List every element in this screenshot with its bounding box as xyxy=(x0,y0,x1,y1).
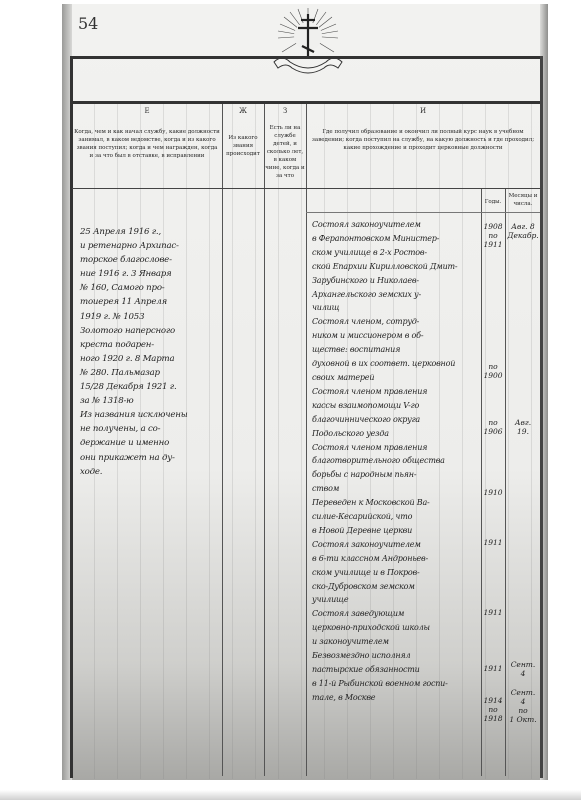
column-header-education: Где получил образование и окончил ли пол… xyxy=(310,128,536,152)
year-entry: 1914 по 1918 xyxy=(482,696,504,723)
column-divider xyxy=(264,104,265,776)
header-border-bottom xyxy=(72,101,542,104)
year-entry: 1911 xyxy=(482,608,504,617)
year-entry: 1908 по 1911 xyxy=(482,222,504,249)
subheader-row-divider xyxy=(306,212,540,213)
date-entry: Сент. 4 xyxy=(506,660,540,678)
column-letter-zh: Ж xyxy=(222,107,264,115)
header-border-top xyxy=(72,56,542,59)
column-header-origin: Из какого звания происходит xyxy=(224,134,262,158)
column-header-years: Годы. xyxy=(482,198,504,206)
page-number: 54 xyxy=(78,14,98,33)
scan-bottom-edge xyxy=(0,790,581,800)
date-entry: Авг. 8 Декабр. xyxy=(506,222,540,240)
date-entry: Сент. 4 по 1 Окт. xyxy=(506,688,540,724)
year-entry: 1911 xyxy=(482,664,504,673)
year-entry: по 1906 xyxy=(482,418,504,436)
year-entry: 1910 xyxy=(482,488,504,497)
table-border-left xyxy=(70,56,73,778)
column-e-handwritten-entry: 25 Апреля 1916 г., и ретенарно Архипас- … xyxy=(80,225,222,479)
column-header-children: Есть ли на службе детей, и сколько лет, … xyxy=(265,124,305,180)
column-letter-i: И xyxy=(306,107,540,115)
header-row-divider xyxy=(72,188,540,189)
column-header-dates: Месяцы и числа. xyxy=(506,192,540,208)
column-letter-z: З xyxy=(264,107,306,115)
table-border-right xyxy=(540,56,543,778)
orthodox-cross-radiant-icon xyxy=(268,6,348,78)
column-divider xyxy=(481,188,482,776)
column-letter-e: Е xyxy=(72,107,222,115)
date-entry: Авг. 19. xyxy=(506,418,540,436)
year-entry: по 1900 xyxy=(482,362,504,380)
column-divider xyxy=(222,104,223,776)
column-divider xyxy=(306,104,307,776)
column-i-handwritten-entry: Состоял законоучителем в Ферапонтовском … xyxy=(312,218,480,705)
column-header-service: Когда, чем и как начал службу, какие дол… xyxy=(74,128,220,160)
year-entry: 1911 xyxy=(482,538,504,547)
